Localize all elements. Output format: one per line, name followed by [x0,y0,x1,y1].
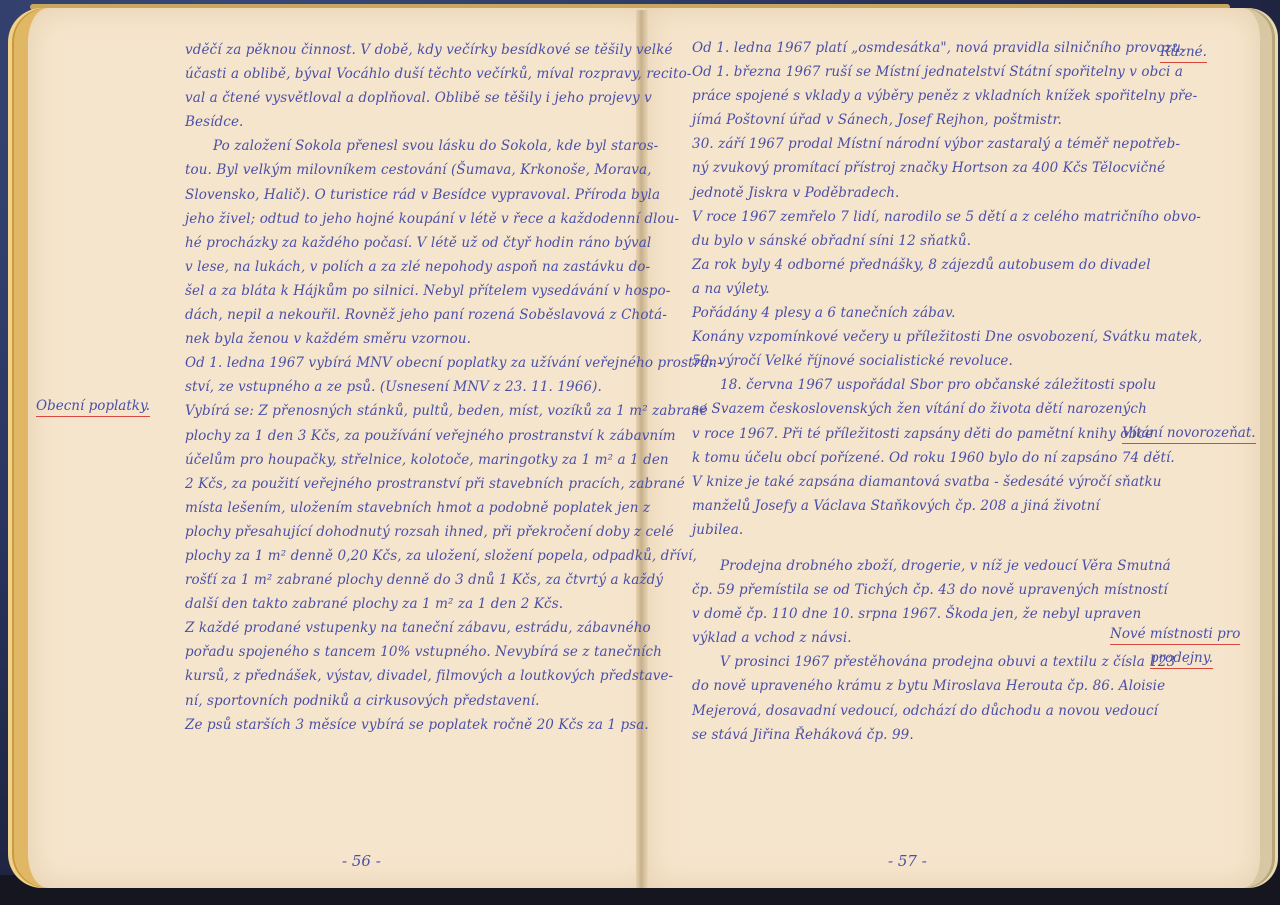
page-number-left: - 56 - [342,852,381,870]
text-line: tou. Byl velkým milovníkem cestování (Šu… [185,158,625,182]
text-line: val a čtené vysvětloval a doplňoval. Obl… [185,86,625,110]
margin-note-obecni-poplatky: Obecní poplatky. [36,398,150,414]
text-line: rošťí za 1 m² zabrané plochy denně do 3 … [185,568,625,592]
text-line: k tomu účelu obcí pořízené. Od roku 1960… [692,446,1152,470]
text-line: plochy za 1 den 3 Kčs, za používání veře… [185,424,625,448]
text-line: jubilea. [692,518,1152,542]
text-line: hé procházky za každého počasí. V létě u… [185,231,625,255]
text-line: manželů Josefy a Václava Staňkových čp. … [692,494,1152,518]
text-line: Od 1. ledna 1967 vybírá MNV obecní popla… [185,351,625,375]
margin-note-ruzne: Různé. [1160,44,1207,60]
margin-note-label: Vítání novorozeňat. [1122,425,1256,444]
text-line: nek byla ženou v každém směru vzornou. [185,327,625,351]
text-line: Slovensko, Halič). O turistice rád v Bes… [185,183,625,207]
paragraph-gap [692,542,1152,554]
margin-note-label: prodejny. [1150,650,1213,669]
text-line: v domě čp. 110 dne 10. srpna 1967. Škoda… [692,602,1152,626]
text-line: čp. 59 přemístila se od Tichých čp. 43 d… [692,578,1152,602]
text-line: pořadu spojeného s tancem 10% vstupného.… [185,640,625,664]
margin-note-nove-mistnosti: Nové místnosti pro [1110,626,1240,642]
text-line: se Svazem československých žen vítání do… [692,397,1152,421]
text-line: vděčí za pěknou činnost. V době, kdy več… [185,38,625,62]
text-line: kursů, z přednášek, výstav, divadel, fil… [185,664,625,688]
text-line: Prodejna drobného zboží, drogerie, v níž… [692,554,1152,578]
text-line: V knize je také zapsána diamantová svatb… [692,470,1152,494]
text-line: Po založení Sokola přenesl svou lásku do… [185,134,625,158]
text-line: 2 Kčs, za použití veřejného prostranství… [185,472,625,496]
text-line: účasti a oblibě, býval Vocáhlo duší těch… [185,62,625,86]
text-line: plochy za 1 m² denně 0,20 Kčs, za uložen… [185,544,625,568]
text-line: Od 1. března 1967 ruší se Místní jednate… [692,60,1152,84]
text-line: do nově upraveného krámu z bytu Miroslav… [692,674,1152,698]
text-line: Konány vzpomínkové večery u příležitosti… [692,325,1152,349]
text-line: 50. výročí Velké říjnové socialistické r… [692,349,1152,373]
text-line: Za rok byly 4 odborné přednášky, 8 zájez… [692,253,1152,277]
text-line: jednotě Jiskra v Poděbradech. [692,181,1152,205]
text-line: šel a za bláta k Hájkům po silnici. Neby… [185,279,625,303]
text-line: 30. září 1967 prodal Místní národní výbo… [692,132,1152,156]
margin-note-label: Obecní poplatky. [36,398,150,417]
text-line: V prosinci 1967 přestěhována prodejna ob… [692,650,1152,674]
left-page-text: vděčí za pěknou činnost. V době, kdy več… [185,38,625,737]
text-line: plochy přesahující dohodnutý rozsah ihne… [185,520,625,544]
text-line: Vybírá se: Z přenosných stánků, pultů, b… [185,399,625,423]
text-line: a na výlety. [692,277,1152,301]
text-line: V roce 1967 zemřelo 7 lidí, narodilo se … [692,205,1152,229]
text-line: Besídce. [185,110,625,134]
text-line: dách, nepil a nekouřil. Rovněž jeho paní… [185,303,625,327]
text-line: du bylo v sánské obřadní síni 12 sňatků. [692,229,1152,253]
text-line: ství, ze vstupného a ze psů. (Usnesení M… [185,375,625,399]
text-line: jímá Poštovní úřad v Sánech, Josef Rejho… [692,108,1152,132]
text-line: v roce 1967. Při té příležitosti zapsány… [692,422,1152,446]
text-line: se stává Jiřina Řeháková čp. 99. [692,723,1152,747]
text-line: účelům pro houpačky, střelnice, kolotoče… [185,448,625,472]
text-line: v lese, na lukách, v polích a za zlé nep… [185,255,625,279]
margin-note-label: Různé. [1160,44,1207,63]
text-line: Ze psů starších 3 měsíce vybírá se popla… [185,713,625,737]
margin-note-prodejny: prodejny. [1150,650,1213,666]
text-line: Od 1. ledna 1967 platí „osmdesátka", nov… [692,36,1152,60]
text-line: Z každé prodané vstupenky na taneční záb… [185,616,625,640]
text-line: Mejerová, dosavadní vedoucí, odchází do … [692,699,1152,723]
text-line: ný zvukový promítací přístroj značky Hor… [692,156,1152,180]
text-line: místa lešením, uložením stavebních hmot … [185,496,625,520]
text-line: práce spojené s vklady a výběry peněz z … [692,84,1152,108]
text-line: výklad a vchod z návsi. [692,626,1152,650]
text-line: další den takto zabrané plochy za 1 m² z… [185,592,625,616]
page-number-right: - 57 - [888,852,927,870]
text-line: ní, sportovních podniků a cirkusových př… [185,689,625,713]
text-line: jeho živel; odtud to jeho hojné koupání … [185,207,625,231]
text-line: 18. června 1967 uspořádal Sbor pro občan… [692,373,1152,397]
text-line: Pořádány 4 plesy a 6 tanečních zábav. [692,301,1152,325]
margin-note-vitani-novorozenat: Vítání novorozeňat. [1122,425,1256,441]
right-page-text: Od 1. ledna 1967 platí „osmdesátka", nov… [692,36,1152,747]
margin-note-label: Nové místnosti pro [1110,626,1240,645]
